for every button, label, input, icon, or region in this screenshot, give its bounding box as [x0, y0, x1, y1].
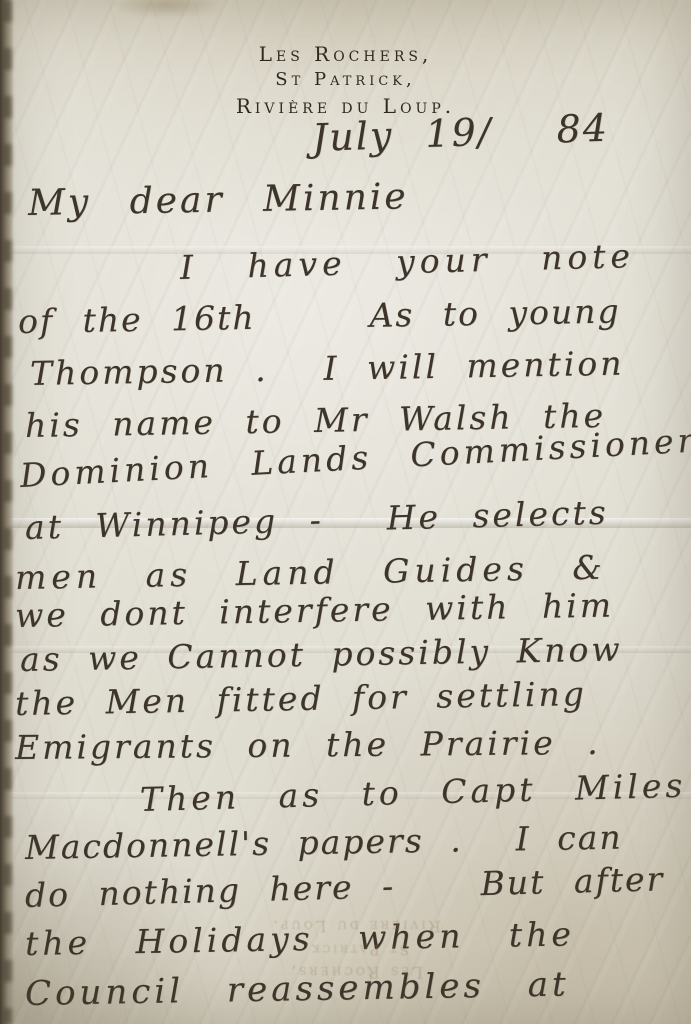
- date-line: July 19/ 84: [311, 106, 609, 160]
- body-line: do nothing here - But after: [24, 859, 664, 915]
- body-line: of the 16th As to young: [18, 291, 621, 341]
- body-line: I have your note: [179, 236, 635, 287]
- letter-photograph: Les Rochers, St Patrick, Rivière du Loup…: [0, 0, 691, 1024]
- paper-edge-ripple: [4, 0, 12, 1024]
- body-line: at Winnipeg - He selects: [24, 493, 609, 547]
- body-line: as we Cannot possibly Know: [20, 629, 623, 679]
- body-line: Emigrants on the Prairie .: [15, 723, 601, 767]
- letterhead: Les Rochers, St Patrick, Rivière du Loup…: [0, 44, 691, 116]
- showthrough-line-2: St Patrick,: [238, 942, 473, 956]
- showthrough-line-3: Rivière du Loup.: [238, 918, 473, 934]
- salutation: My dear Minnie: [28, 176, 409, 224]
- letterhead-line-1: Les Rochers,: [0, 44, 691, 64]
- body-line: the Men fitted for settling: [15, 674, 587, 723]
- body-line: Macdonnell's papers . I can: [25, 818, 623, 867]
- showthrough-letterhead: Les Rochers, St Patrick, Rivière du Loup…: [238, 918, 473, 980]
- showthrough-line-1: Les Rochers,: [238, 964, 473, 980]
- body-line: Then as to Capt Miles: [139, 766, 686, 819]
- letterhead-line-2: St Patrick,: [0, 71, 691, 89]
- faint-top-mark: [112, 0, 222, 18]
- body-line: Thompson . I will mention: [30, 344, 625, 393]
